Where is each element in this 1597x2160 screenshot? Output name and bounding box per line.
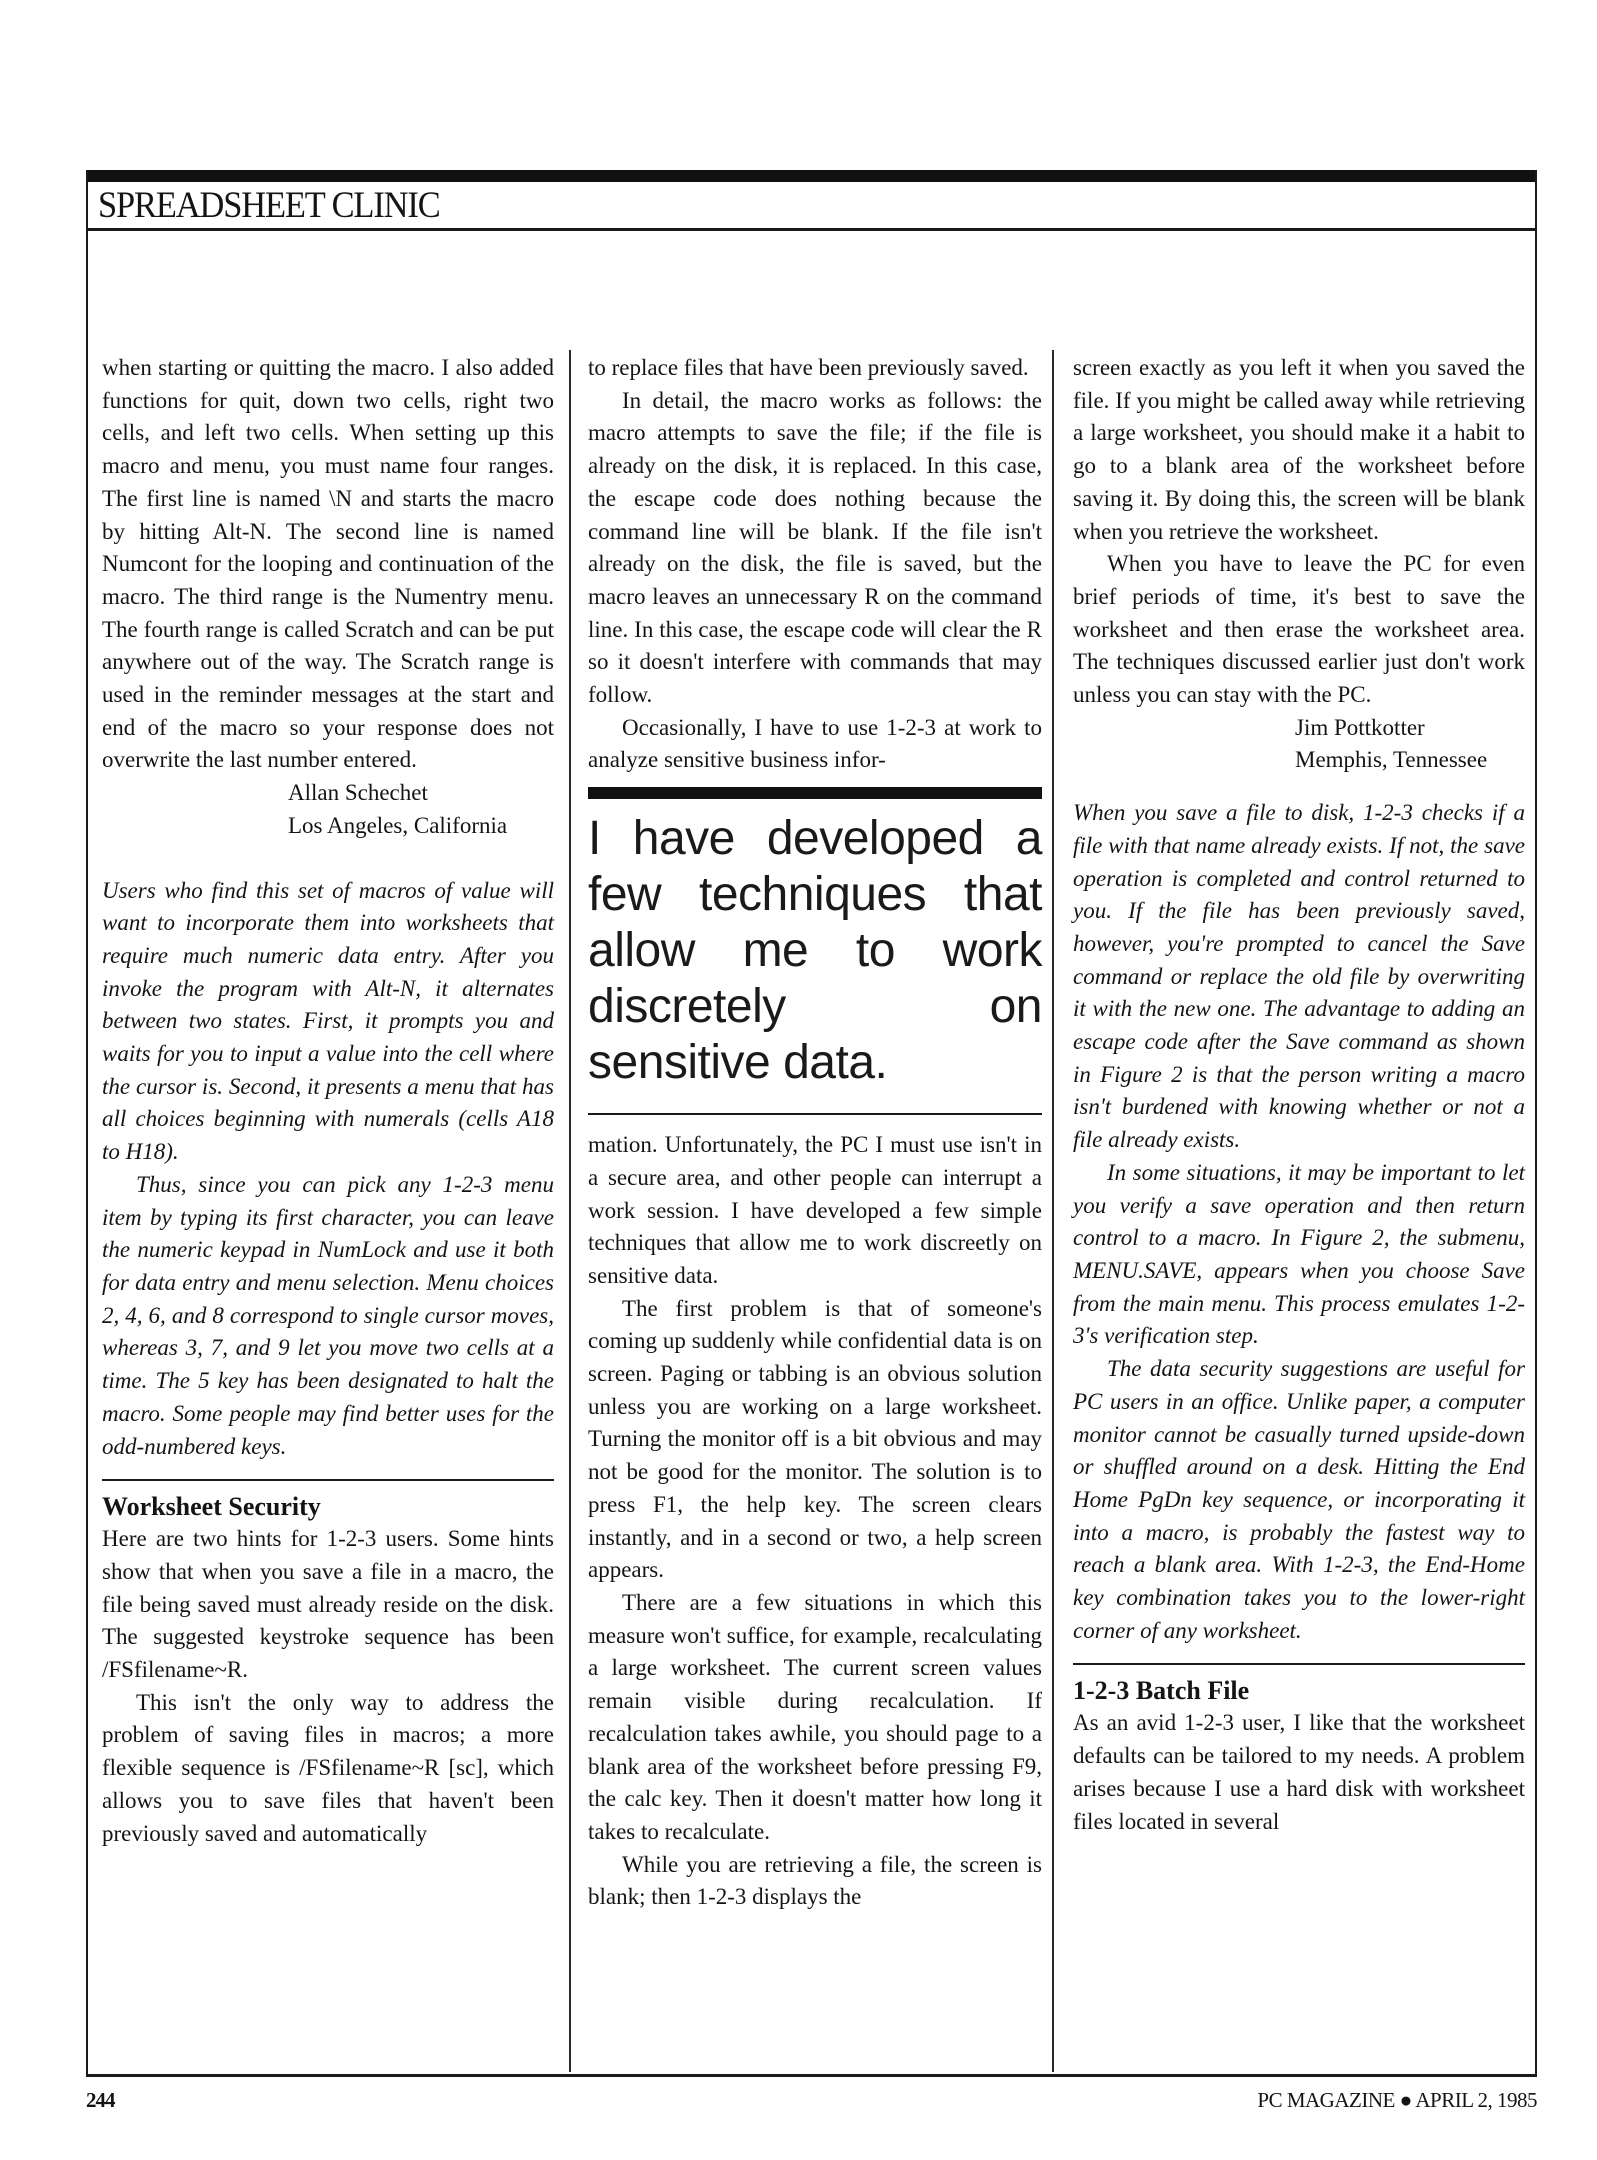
signature-name: Allan Schechet (102, 777, 554, 810)
spacer (1073, 777, 1525, 797)
editor-note: The data security suggestions are useful… (1073, 1353, 1525, 1647)
pull-quote: I have developed a few techniques that a… (588, 811, 1042, 1091)
editor-note: In some situations, it may be important … (1073, 1157, 1525, 1353)
column-divider (569, 350, 571, 2072)
signature-place: Memphis, Tennessee (1073, 744, 1525, 777)
section-divider (1073, 1663, 1525, 1665)
body-paragraph: to replace files that have been previous… (588, 352, 1042, 385)
body-paragraph: There are a few situations in which this… (588, 1587, 1042, 1849)
title-divider (86, 228, 1537, 231)
body-paragraph: This isn't the only way to address the p… (102, 1687, 554, 1851)
column-left: when starting or quitting the macro. I a… (102, 352, 554, 1850)
section-heading: 1-2-3 Batch File (1073, 1675, 1525, 1707)
column-divider (1052, 350, 1054, 2072)
column-middle: to replace files that have been previous… (588, 352, 1042, 1914)
pull-quote-bottom-rule (588, 1113, 1042, 1115)
editor-note: When you save a file to disk, 1-2-3 chec… (1073, 797, 1525, 1157)
body-paragraph: screen exactly as you left it when you s… (1073, 352, 1525, 548)
body-paragraph: when starting or quitting the macro. I a… (102, 352, 554, 777)
body-paragraph: Here are two hints for 1-2-3 users. Some… (102, 1523, 554, 1687)
body-paragraph: In detail, the macro works as follows: t… (588, 385, 1042, 712)
section-divider (102, 1479, 554, 1481)
pull-quote-top-rule (588, 787, 1042, 799)
editor-note: Thus, since you can pick any 1-2-3 menu … (102, 1169, 554, 1463)
editor-note: Users who find this set of macros of val… (102, 875, 554, 1169)
body-paragraph: Occasionally, I have to use 1-2-3 at wor… (588, 712, 1042, 777)
section-title: SPREADSHEET CLINIC (98, 184, 440, 228)
signature-place: Los Angeles, California (102, 810, 554, 843)
signature-name: Jim Pottkotter (1073, 712, 1525, 745)
column-right: screen exactly as you left it when you s… (1073, 352, 1525, 1838)
body-paragraph: The first problem is that of someone's c… (588, 1293, 1042, 1587)
body-paragraph: mation. Unfortunately, the PC I must use… (588, 1129, 1042, 1293)
spacer (102, 843, 554, 875)
section-heading: Worksheet Security (102, 1491, 554, 1523)
body-paragraph: As an avid 1-2-3 user, I like that the w… (1073, 1707, 1525, 1838)
body-paragraph: When you have to leave the PC for even b… (1073, 548, 1525, 712)
body-paragraph: While you are retrieving a file, the scr… (588, 1849, 1042, 1914)
page-number: 244 (86, 2088, 115, 2113)
publication-footer: PC MAGAZINE ● APRIL 2, 1985 (1257, 2088, 1537, 2113)
